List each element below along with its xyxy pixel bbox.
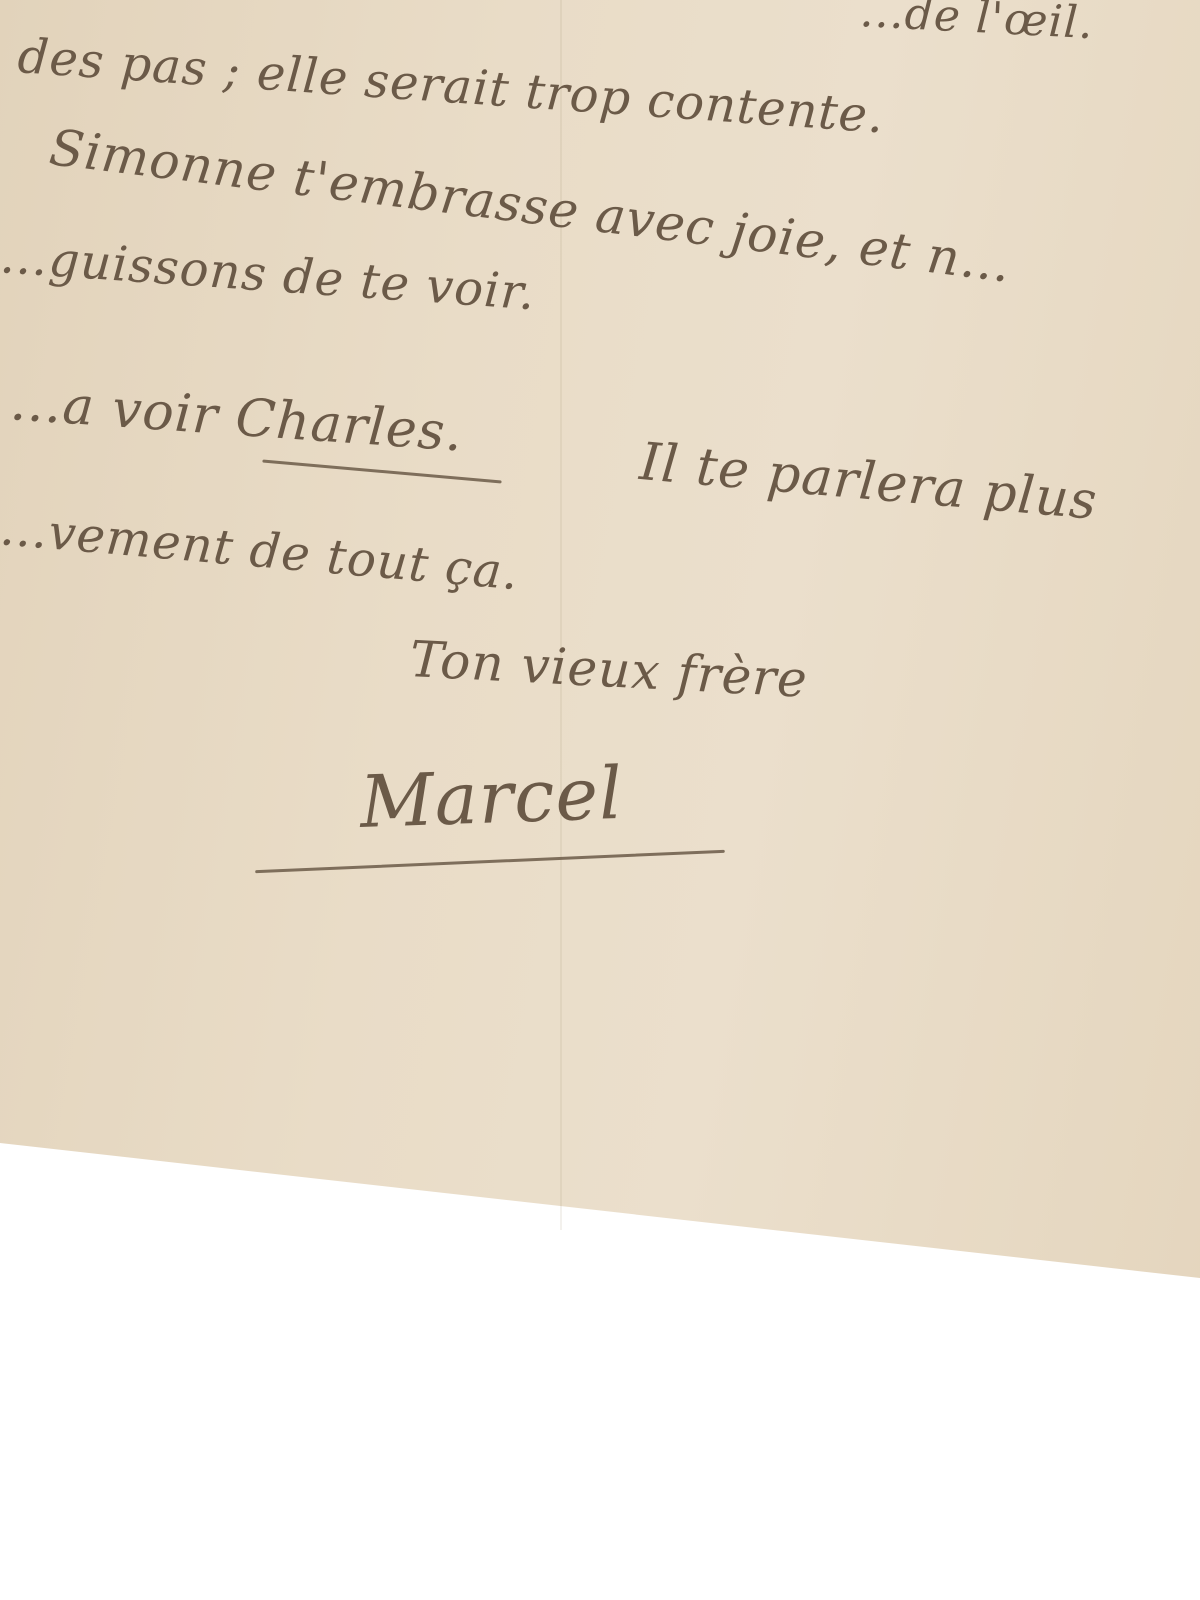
letter-signature: Marcel — [359, 751, 625, 844]
